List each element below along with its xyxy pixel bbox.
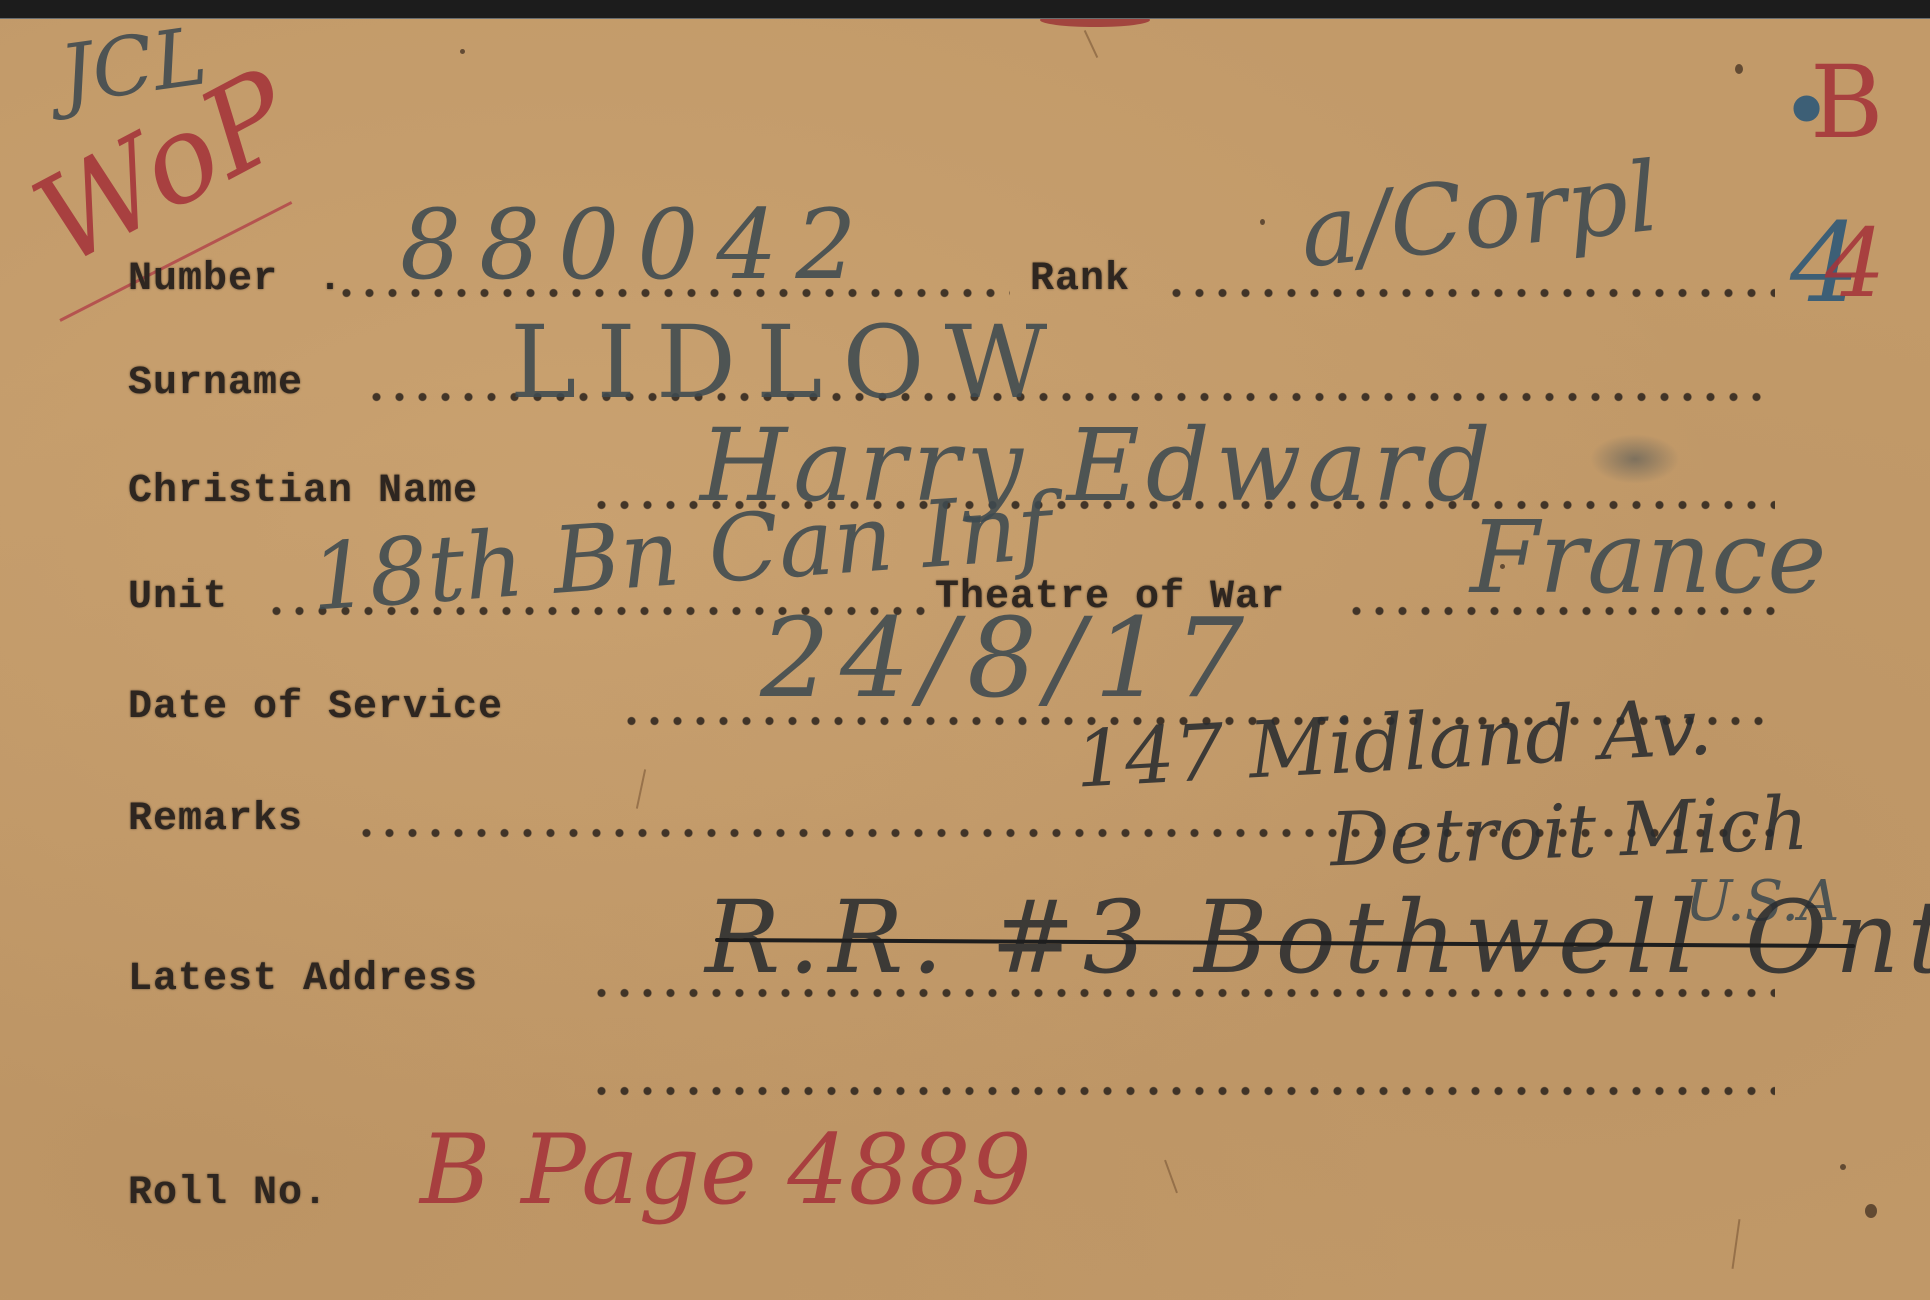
paper-fiber [636, 769, 646, 809]
latest-address-label: Latest Address [128, 957, 478, 1002]
address-continuation-dotted-line [590, 1085, 1775, 1097]
service-record-card: JCL WoP • B 4 4 Number . 880042 Rank a/C… [0, 19, 1930, 1300]
paper-speck [460, 49, 465, 54]
red-number-annotation: 4 [1825, 209, 1885, 319]
paper-speck [1260, 219, 1265, 225]
surname-value: LIDLOW [510, 304, 1067, 421]
rank-dotted-line [1165, 287, 1775, 299]
paper-speck [1735, 64, 1743, 74]
latest-address-struck-value: R.R. #3 Bothwell Ont. [705, 879, 1930, 996]
surname-label: Surname [128, 361, 303, 406]
date-of-service-label: Date of Service [128, 685, 503, 730]
rank-label: Rank [1030, 257, 1130, 302]
red-letter-annotation: B [1810, 44, 1884, 161]
roll-no-label: Roll No. [128, 1171, 328, 1216]
paper-speck [1840, 1164, 1846, 1170]
date-of-service-value: 24/8/17 [760, 594, 1254, 722]
red-ink-mark [1040, 19, 1150, 27]
paper-fiber [1084, 30, 1098, 58]
roll-no-value: B Page 4889 [420, 1114, 1032, 1226]
window-top-bar [0, 0, 1930, 19]
number-label: Number [128, 257, 278, 302]
remarks-label: Remarks [128, 797, 303, 842]
number-value: 880042 [400, 189, 874, 301]
paper-fiber [1732, 1219, 1741, 1269]
christian-name-label: Christian Name [128, 469, 478, 514]
theatre-of-war-value: France [1470, 499, 1826, 616]
paper-fiber [1164, 1160, 1178, 1194]
paper-speck [1865, 1204, 1877, 1218]
rank-value: a/Corpl [1295, 141, 1664, 290]
latest-address-current-line2: Detroit Mich [1329, 781, 1810, 884]
unit-label: Unit [128, 575, 228, 620]
ink-smudge [1590, 434, 1680, 484]
